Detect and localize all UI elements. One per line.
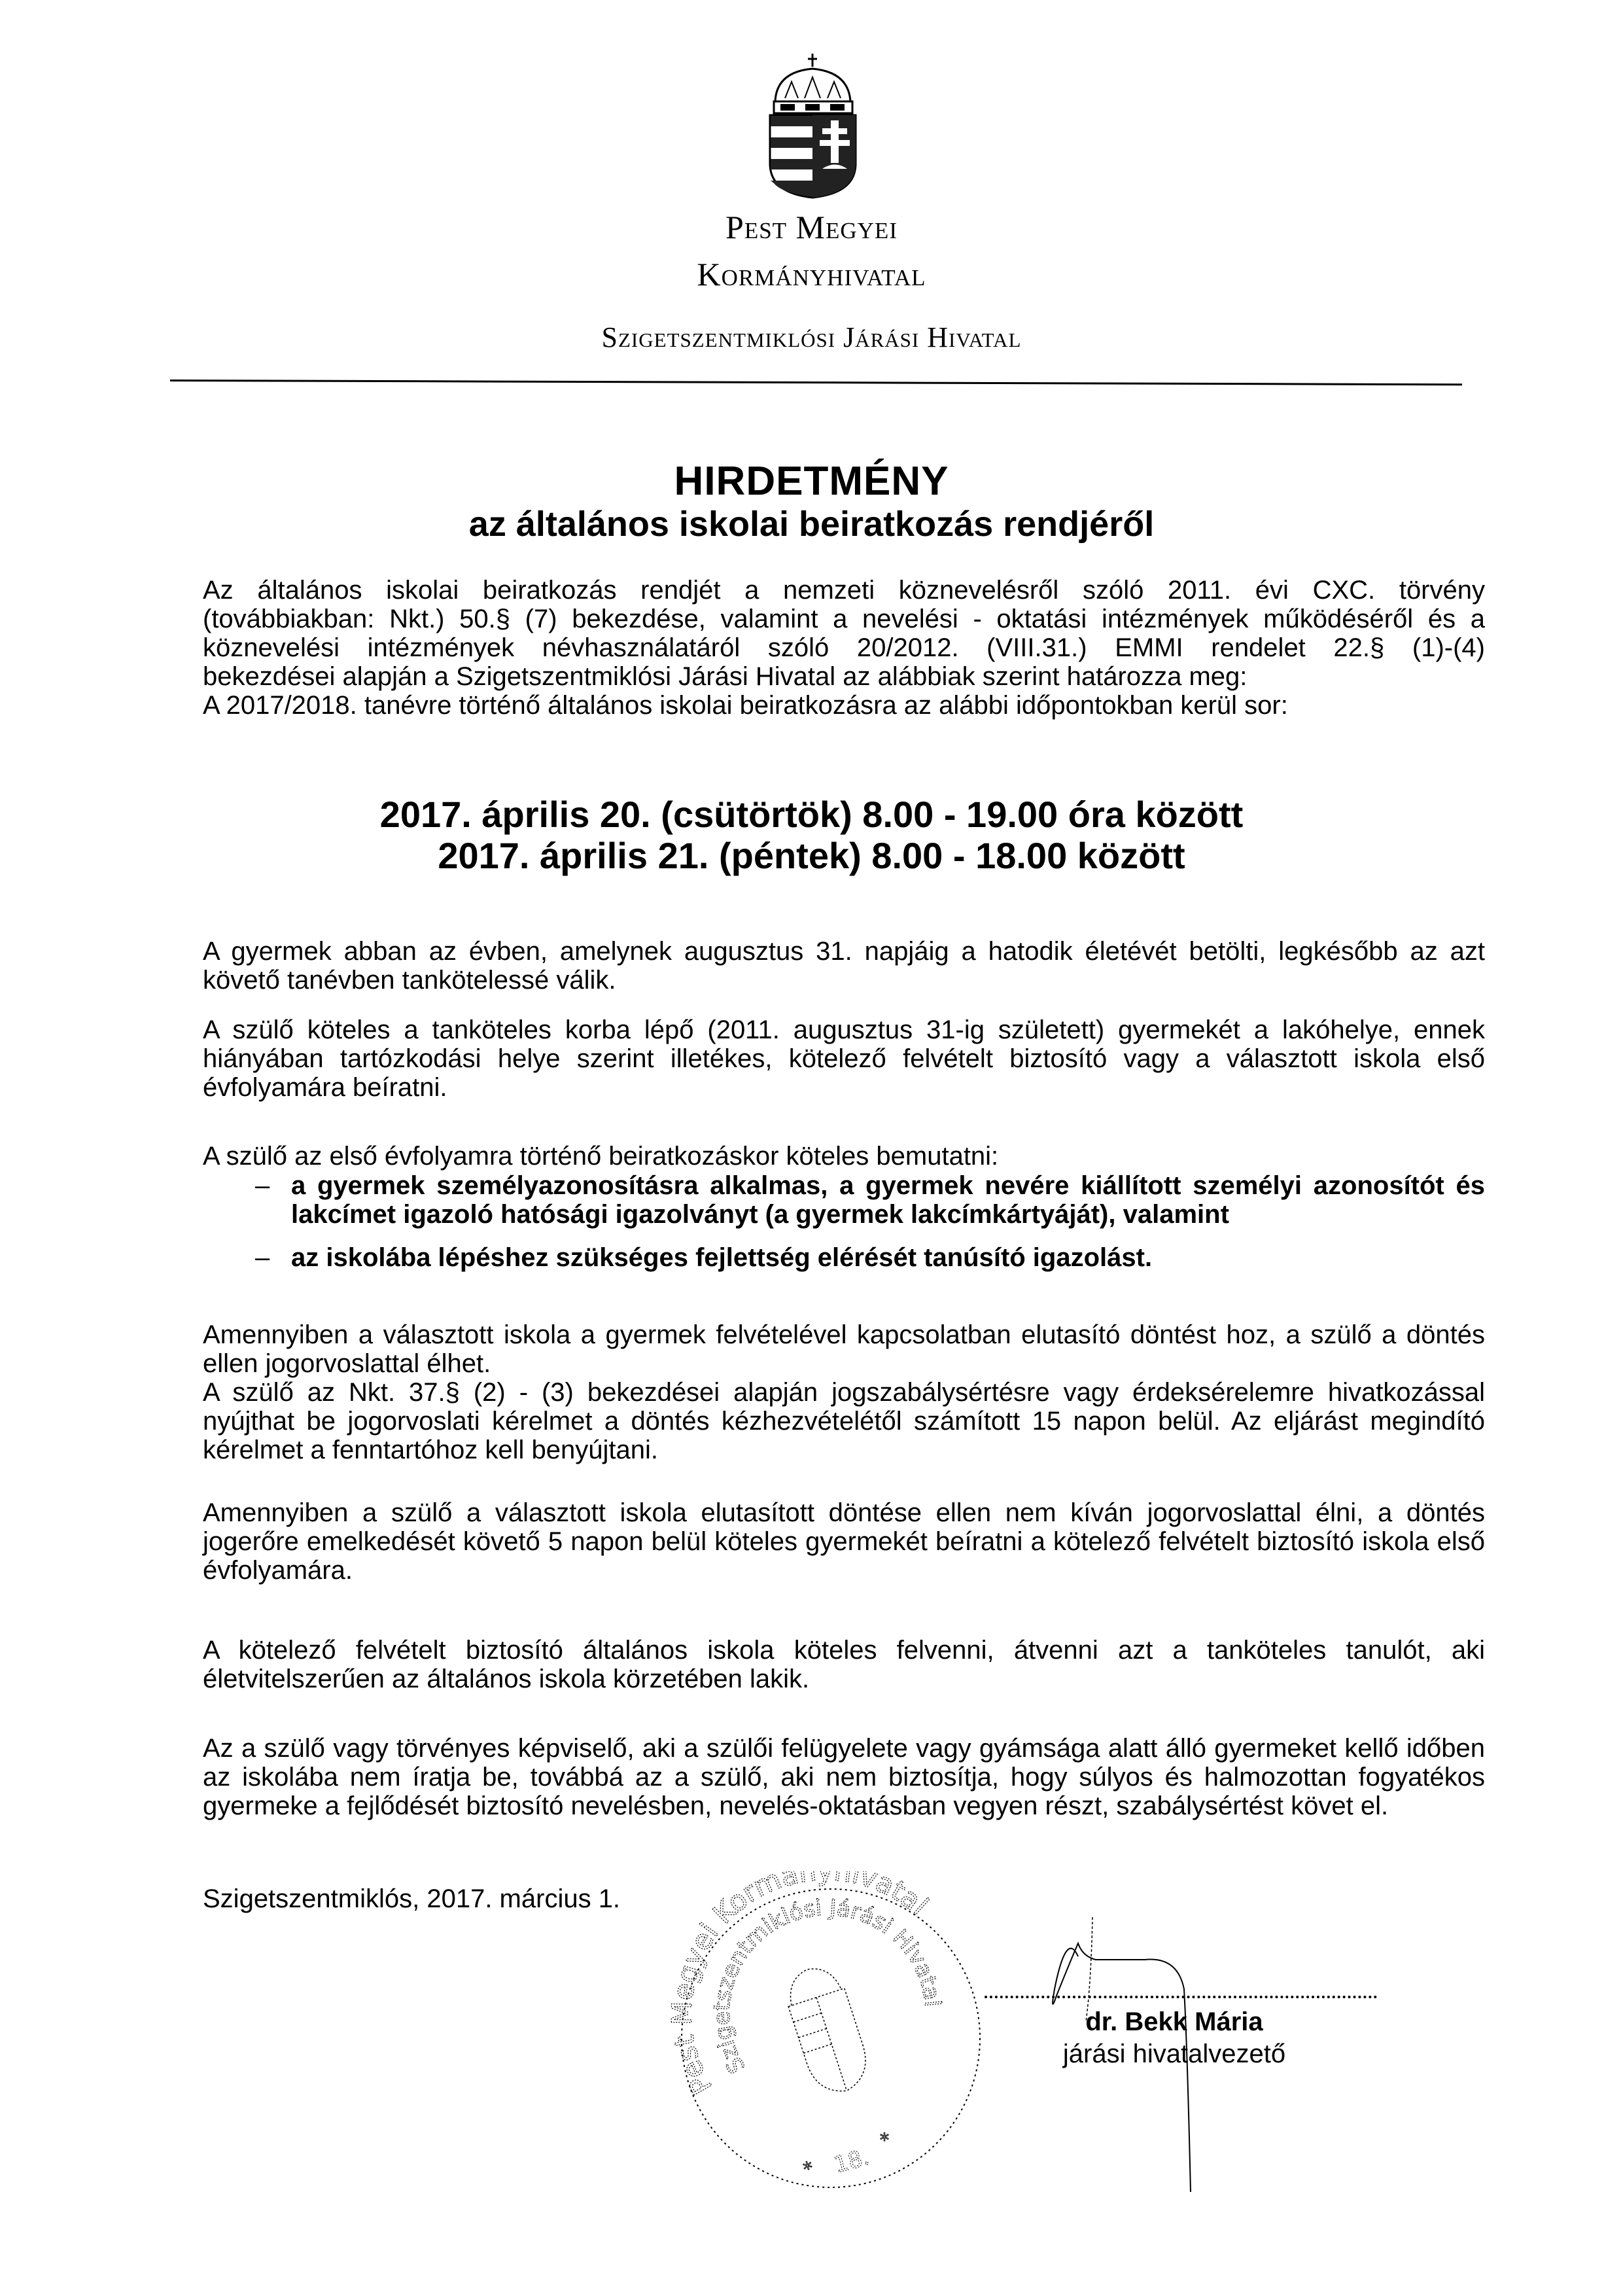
signature-line [985, 1996, 1377, 1998]
document-page: Pest Megyei Kormányhivatal Szigetszentmi… [0, 0, 1623, 2296]
documents-intro: A szülő az első évfolyamra történő beira… [203, 1142, 1485, 1171]
mandatory-school-paragraph: A kötelező felvételt biztosító általános… [203, 1636, 1485, 1693]
rejection-paragraph: Amennyiben a választott iskola a gyermek… [203, 1320, 1485, 1378]
header-divider [170, 380, 1462, 385]
org-name-line1: Pest Megyei [0, 208, 1623, 246]
stamp-number: 18. [831, 2144, 873, 2179]
intro-line: A 2017/2018. tanévre történő általános i… [203, 691, 1485, 720]
svg-text:*: * [801, 2157, 816, 2180]
document-subtitle: az általános iskolai beiratkozás rendjér… [0, 504, 1623, 544]
document-title: HIRDETMÉNY [0, 458, 1623, 504]
enrollment-date-1: 2017. április 20. (csütörtök) 8.00 - 19.… [0, 795, 1623, 834]
age-paragraph: A gyermek abban az évben, amelynek augus… [203, 937, 1485, 995]
offense-paragraph: Az a szülő vagy törvényes képviselő, aki… [203, 1734, 1485, 1820]
official-stamp-icon: Pest Megyei Kormányhivatal Szigetszentmi… [667, 1871, 994, 2205]
appeal-paragraph: A szülő az Nkt. 37.§ (2) - (3) bekezdése… [203, 1378, 1485, 1464]
dash-icon: – [255, 1171, 270, 1200]
svg-text:Szigetszentmiklósi Járási Hiva: Szigetszentmiklósi Járási Hivatal [708, 1895, 945, 2078]
intro-paragraph: Az általános iskolai beiratkozás rendjét… [203, 576, 1485, 720]
required-documents-list: – a gyermek személyazonosításra alkalmas… [203, 1171, 1485, 1280]
obligation-paragraph: A szülő köteles a tanköteles korba lépő … [203, 1016, 1485, 1102]
signer-role: járási hivatalvezető [1021, 2040, 1328, 2069]
list-item-text: a gyermek személyazonosításra alkalmas, … [291, 1171, 1485, 1229]
svg-text:*: * [880, 2129, 889, 2151]
intro-line: Az általános iskolai beiratkozás rendjét… [203, 576, 1485, 605]
list-item: – a gyermek személyazonosításra alkalmas… [203, 1171, 1485, 1229]
intro-line: (továbbiakban: Nkt.) 50.§ (7) bekezdése,… [203, 605, 1485, 633]
org-name-line2: Kormányhivatal [0, 255, 1623, 293]
intro-line: bekezdései alapján a Szigetszentmiklósi … [203, 662, 1485, 691]
no-appeal-paragraph: Amennyiben a szülő a választott iskola e… [203, 1498, 1485, 1585]
list-item: – az iskolába lépéshez szükséges fejlett… [203, 1243, 1485, 1272]
stamp-inner-text: Szigetszentmiklósi Járási Hivatal [708, 1895, 945, 2078]
office-name: Szigetszentmiklósi Járási Hivatal [0, 321, 1623, 354]
list-item-text: az iskolába lépéshez szükséges fejlettsé… [291, 1243, 1152, 1272]
intro-line: köznevelési intézmények névhasználatáról… [203, 633, 1485, 662]
signer-name: dr. Bekk Mária [1021, 2007, 1328, 2037]
dash-icon: – [255, 1243, 270, 1272]
hungarian-coat-of-arms-icon [769, 52, 857, 200]
enrollment-date-2: 2017. április 21. (péntek) 8.00 - 18.00 … [0, 836, 1623, 875]
